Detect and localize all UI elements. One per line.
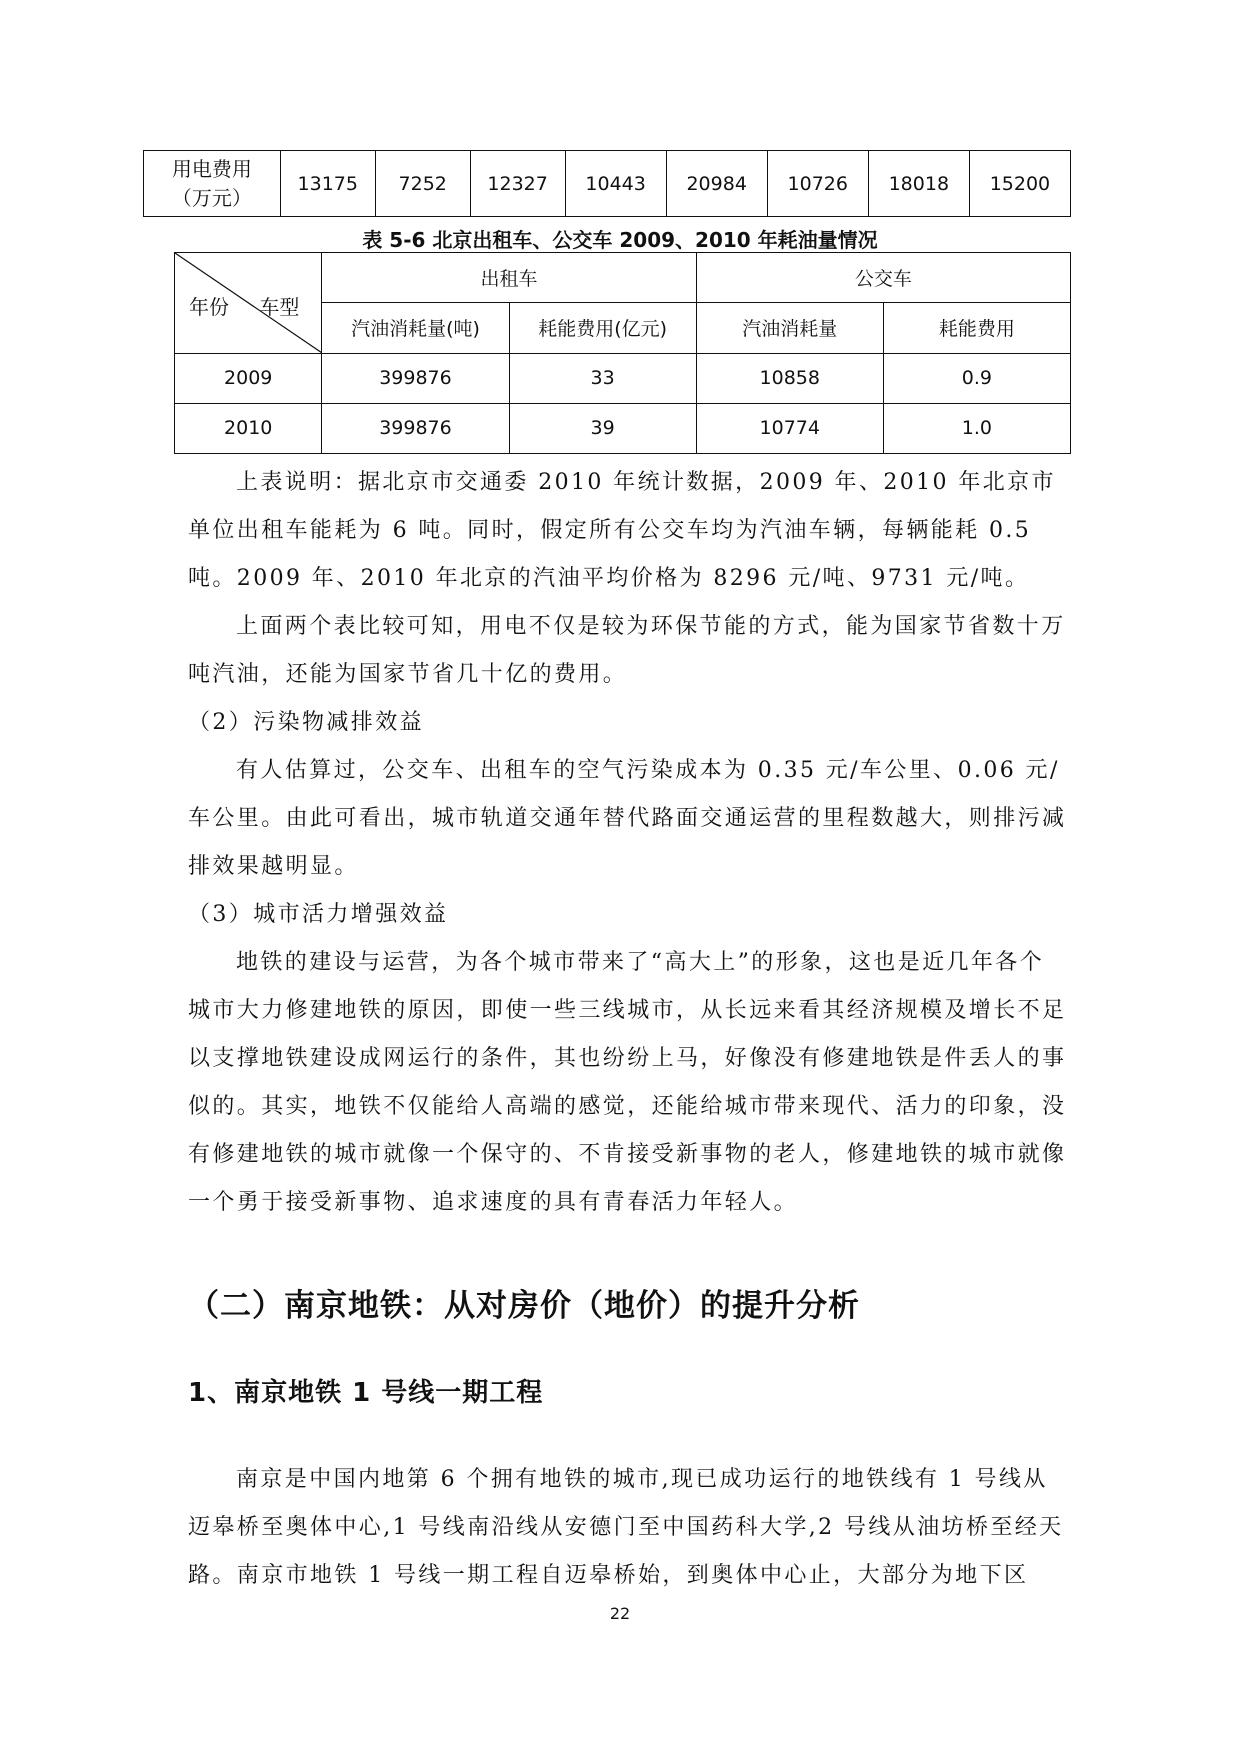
table-header-row: 年份 车型 出租车 公交车: [175, 253, 1071, 303]
table-row: 2009 399876 33 10858 0.9: [175, 353, 1071, 403]
body-text-block-nanjing: 南京是中国内地第 6 个拥有地铁的城市,现已成功运行的地铁线有 1 号线从迈皋桥…: [188, 1456, 1068, 1600]
table-cell: 15200: [969, 151, 1070, 217]
column-header: 汽油消耗量(吨): [322, 303, 509, 353]
table-cell: 10726: [767, 151, 868, 217]
paragraph-comparison: 上面两个表比较可知，用电不仅是较为环保节能的方式，能为国家节省数十万吨汽油，还能…: [188, 603, 1068, 699]
body-text-block: 上表说明：据北京市交通委 2010 年统计数据，2009 年、2010 年北京市…: [188, 459, 1068, 1227]
table-cell: 0.9: [883, 353, 1070, 403]
section-heading: （二）南京地铁：从对房价（地价）的提升分析: [188, 1280, 860, 1325]
table-row: 2010 399876 39 10774 1.0: [175, 403, 1071, 453]
paragraph-nanjing-intro: 南京是中国内地第 6 个拥有地铁的城市,现已成功运行的地铁线有 1 号线从迈皋桥…: [188, 1456, 1068, 1600]
paragraph-pollution: 有人估算过，公交车、出租车的空气污染成本为 0.35 元/车公里、0.06 元/…: [188, 747, 1068, 891]
subheading-pollution: （2）污染物减排效益: [188, 699, 1068, 747]
corner-type-label: 车型: [259, 291, 299, 320]
subsection-heading: 1、南京地铁 1 号线一期工程: [188, 1372, 543, 1409]
fuel-consumption-table: 年份 车型 出租车 公交车 汽油消耗量(吨) 耗能费用(亿元) 汽油消耗量 耗能…: [174, 252, 1071, 454]
page-number: 22: [0, 1604, 1240, 1623]
table-caption: 表 5-6 北京出租车、公交车 2009、2010 年耗油量情况: [0, 224, 1240, 253]
table-cell: 33: [509, 353, 696, 403]
column-header: 耗能费用(亿元): [509, 303, 696, 353]
table-cell: 399876: [322, 403, 509, 453]
column-header: 耗能费用: [883, 303, 1070, 353]
group-header-taxi: 出租车: [322, 253, 696, 303]
subheading-vitality: （3）城市活力增强效益: [188, 891, 1068, 939]
diagonal-header-cell: 年份 车型: [175, 253, 322, 354]
electricity-cost-table: 用电费用 （万元） 13175 7252 12327 10443 20984 1…: [143, 150, 1071, 217]
paragraph-table-note: 上表说明：据北京市交通委 2010 年统计数据，2009 年、2010 年北京市…: [188, 459, 1068, 603]
year-cell: 2010: [175, 403, 322, 453]
table-cell: 10443: [565, 151, 666, 217]
table-cell: 10858: [696, 353, 883, 403]
table-row: 用电费用 （万元） 13175 7252 12327 10443 20984 1…: [144, 151, 1071, 217]
table-cell: 1.0: [883, 403, 1070, 453]
table-cell: 39: [509, 403, 696, 453]
table-cell: 399876: [322, 353, 509, 403]
row-label-line2: （万元）: [144, 184, 280, 213]
row-label-cell: 用电费用 （万元）: [144, 151, 281, 217]
column-header: 汽油消耗量: [696, 303, 883, 353]
year-cell: 2009: [175, 353, 322, 403]
paragraph-vitality: 地铁的建设与运营，为各个城市带来了“高大上”的形象，这也是近几年各个城市大力修建…: [188, 939, 1068, 1227]
table-cell: 20984: [666, 151, 767, 217]
row-label-line1: 用电费用: [144, 155, 280, 184]
table-cell: 12327: [470, 151, 565, 217]
table-cell: 10774: [696, 403, 883, 453]
table-cell: 18018: [868, 151, 969, 217]
table-cell: 13175: [280, 151, 375, 217]
corner-year-label: 年份: [189, 291, 229, 320]
table-cell: 7252: [375, 151, 470, 217]
group-header-bus: 公交车: [696, 253, 1070, 303]
